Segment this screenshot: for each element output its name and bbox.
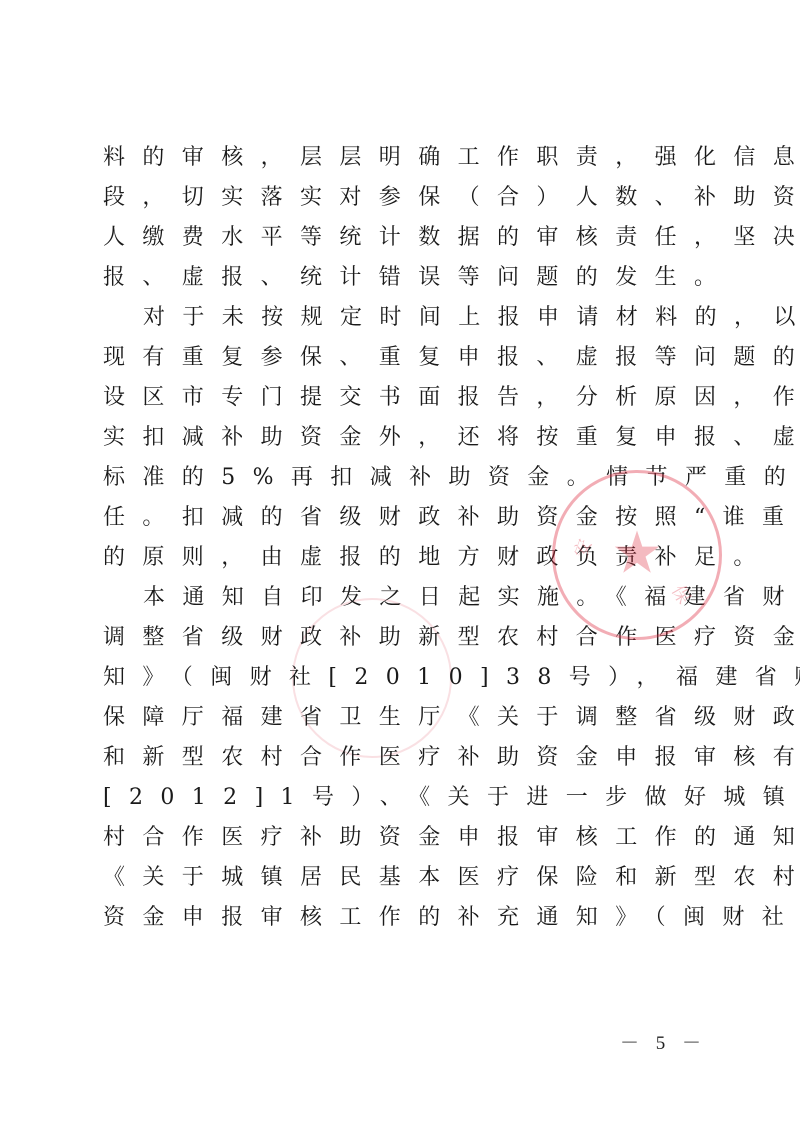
text-line: 村合作医疗补助资金申报审核工作的通知》（闽财社[2013]8号）、 (103, 818, 703, 858)
text-line: 报、虚报、统计错误等问题的发生。 (103, 258, 703, 298)
document-page: 料的审核，层层明确工作职责，强化信息比对，提升审核技术手 段，切实落实对参保（合… (0, 0, 800, 1131)
text-line: 实扣减补助资金外，还将按重复申报、虚报人数及省级财政补助 (103, 418, 703, 458)
text-line: 现有重复参保、重复申报、虚报等问题的，省将予以通报，并由 (103, 338, 703, 378)
text-line: 知》（闽财社[2010]38号），福建省财政厅福建省人力资源和社会 (103, 658, 703, 698)
text-line: 调整省级财政补助新型农村合作医疗资金拨付办法有关问题的通 (103, 618, 703, 658)
text-line: 保障厅福建省卫生厅《关于调整省级财政城镇居民基本医疗保险 (103, 698, 703, 738)
text-line: 人缴费水平等统计数据的审核责任，坚决杜绝重复参保、重复申 (103, 218, 703, 258)
text-line: 标准的5%再扣减补助资金。情节严重的，将追究相关责任人的责 (103, 458, 703, 498)
body-text: 料的审核，层层明确工作职责，强化信息比对，提升审核技术手 段，切实落实对参保（合… (103, 138, 703, 938)
page-number: － 5 － (620, 1028, 707, 1055)
text-line: 设区市专门提交书面报告，分析原因，作出说明。省级财政除据 (103, 378, 703, 418)
text-line: 的原则，由虚报的地方财政负责补足。 (103, 538, 703, 578)
paragraph-start-line: 对于未按规定时间上报申请材料的，以及对经专员办审核发 (103, 298, 703, 338)
text-line: 资金申报审核工作的补充通知》（闽财社[2015]34号）同时废止。 (103, 898, 703, 938)
text-line: 段，切实落实对参保（合）人数、补助资金到位率、城乡居民个 (103, 178, 703, 218)
paragraph-start-line: 本通知自印发之日起实施。《福建省财政厅福建省卫生厅关于 (103, 578, 703, 618)
text-line: 《关于城镇居民基本医疗保险和新型农村合作医疗省级财政补助 (103, 858, 703, 898)
text-line: [2012]1号）、《关于进一步做好城镇居民基本医疗保险和新型农 (103, 778, 703, 818)
text-line: 和新型农村合作医疗补助资金申报审核有关问题的通知》（闽财社 (103, 738, 703, 778)
text-line: 任。扣减的省级财政补助资金按照“谁重复申报、虚报，谁补足” (103, 498, 703, 538)
text-line: 料的审核，层层明确工作职责，强化信息比对，提升审核技术手 (103, 138, 703, 178)
